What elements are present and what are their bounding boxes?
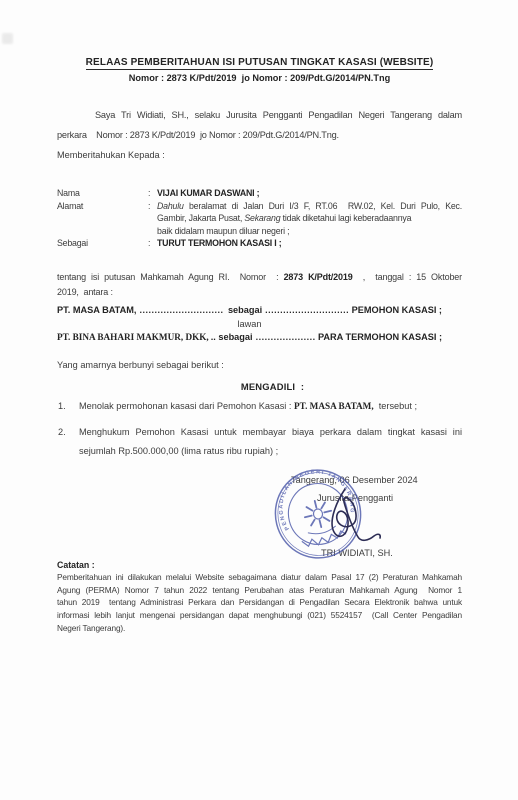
intro-line-1: Saya Tri Widiati, SH., selaku Jurusita P… [57,105,462,125]
field-label-nama: Nama [57,187,148,200]
ruling-text: , tanggal : 15 Oktober [353,272,462,282]
notify-heading: Memberitahukan Kepada : [57,150,462,160]
seal-collar [308,526,336,536]
signature-place-date: Tangerang, 06 Desember 2024 [291,475,418,485]
verdict-text: Menolak permohonan kasasi dari Pemohon K… [79,401,294,411]
document-page: RELAAS PEMBERITAHUAN ISI PUTUSAN TINGKAT… [0,0,518,800]
verdict-party-name: PT. MASA BATAM, [294,401,374,411]
address-italic-dahulu: Dahulu [157,201,184,211]
dotted-leader: ...................................... [256,331,315,345]
amar-lead: Yang amarnya berbunyi sebagai berikut : [57,360,462,370]
recipient-name-value: VIJAI KUMAR DASWANI ; [157,187,462,200]
address-text: tidak diketahui lagi keberadaannya [280,213,411,223]
note-line-4: informasi lebih lanjut mengenai persidan… [57,609,462,622]
document-title-text: RELAAS PEMBERITAHUAN ISI PUTUSAN TINGKAT… [86,57,434,70]
note-line-1: Pemberitahuan ini dilakukan melalui Webs… [57,571,462,584]
field-label-alamat: Alamat [57,200,148,238]
address-text: beralamat di Jalan Duri I/3 F, RT.06 RW.… [184,201,462,211]
note-text: Pemberitahuan ini dilakukan melalui Webs… [57,571,462,635]
verdict-item-2-line-1: Menghukum Pemohon Kasasi untuk membayar … [79,423,462,442]
recipient-details: Nama : VIJAI KUMAR DASWANI ; Alamat : Da… [57,187,462,250]
recipient-row-nama: Nama : VIJAI KUMAR DASWANI ; [57,187,462,200]
recipient-address-value: Dahulu beralamat di Jalan Duri I/3 F, RT… [157,200,462,238]
verdict-item-1: 1. Menolak permohonan kasasi dari Pemoho… [57,401,462,411]
address-line-3: baik didalam maupun diluar negeri ; [157,225,462,238]
address-italic-sekarang: Sekarang [244,213,280,223]
versus-label: lawan [57,318,442,332]
intro-paragraph: Saya Tri Widiati, SH., selaku Jurusita P… [57,105,462,145]
parties-block: PT. MASA BATAM, ........................… [57,304,462,345]
respondent-line: PT. BINA BAHARI MAKMUR, DKK, .. sebagai … [57,331,442,345]
seal-sun-core [312,508,323,520]
field-colon: : [148,200,157,238]
dotted-leader: ........................................… [139,304,222,318]
ruling-text: tentang isi putusan Mahkamah Agung RI. N… [57,272,284,282]
note-line-3: tahun 2019 tentang Administrasi Perkara … [57,596,462,609]
petitioner-role: PEMOHON KASASI ; [352,304,442,318]
note-line-2: Agung (PERMA) Nomor 7 tahun 2022 tentang… [57,584,462,597]
as-label: sebagai [228,304,262,318]
verdict-text: tersebut ; [374,401,417,411]
address-line-2: Gambir, Jakarta Pusat, Sekarang tidak di… [157,212,462,225]
item-number: 2. [57,423,79,460]
verdict-item-2-line-2: sejumlah Rp.500.000,00 (lima ratus ribu … [79,442,462,461]
recipient-row-alamat: Alamat : Dahulu beralamat di Jalan Duri … [57,200,462,238]
signer-name: TRI WIDIATI, SH. [321,548,393,558]
ruling-reference: tentang isi putusan Mahkamah Agung RI. N… [57,270,462,299]
case-number: Nomor : 2873 K/Pdt/2019 jo Nomor : 209/P… [57,73,462,83]
item-number: 1. [57,401,79,411]
ruling-reference-line-1: tentang isi putusan Mahkamah Agung RI. N… [57,270,462,285]
signer-role: Jurusita Pengganti [317,493,393,503]
ruling-case-number: 2873 K/Pdt/2019 [284,272,353,282]
field-label-sebagai: Sebagai [57,237,148,250]
address-line-1: Dahulu beralamat di Jalan Duri I/3 F, RT… [157,200,462,213]
respondent-role: PARA TERMOHON KASASI ; [318,331,442,345]
note-heading: Catatan : [57,560,462,570]
note-line-5: Negeri Tangerang). [57,622,462,635]
recipient-row-sebagai: Sebagai : TURUT TERMOHON KASASI I ; [57,237,462,250]
respondent-name: PT. BINA BAHARI MAKMUR, DKK, [57,331,209,345]
petitioner-name: PT. MASA BATAM, [57,304,136,318]
document-title: RELAAS PEMBERITAHUAN ISI PUTUSAN TINGKAT… [57,57,462,68]
verdict-item-2: 2. Menghukum Pemohon Kasasi untuk membay… [57,423,462,460]
dotted-leader: ........................................… [265,304,348,318]
intro-line-2: perkara Nomor : 2873 K/Pdt/2019 jo Nomor… [57,125,462,145]
field-colon: : [148,187,157,200]
scan-artifact [2,33,13,44]
recipient-role-value: TURUT TERMOHON KASASI I ; [157,237,462,250]
verdict-heading: MENGADILI : [57,381,462,392]
address-text: Gambir, Jakarta Pusat, [157,213,244,223]
as-label: .. sebagai [211,331,253,345]
seal-laurel-zigzag [302,530,347,548]
field-colon: : [148,237,157,250]
verdict-item-2-text: Menghukum Pemohon Kasasi untuk membayar … [79,423,462,460]
ruling-reference-line-2: 2019, antara : [57,285,462,300]
petitioner-line: PT. MASA BATAM, ........................… [57,304,442,318]
verdict-item-1-text: Menolak permohonan kasasi dari Pemohon K… [79,401,462,411]
